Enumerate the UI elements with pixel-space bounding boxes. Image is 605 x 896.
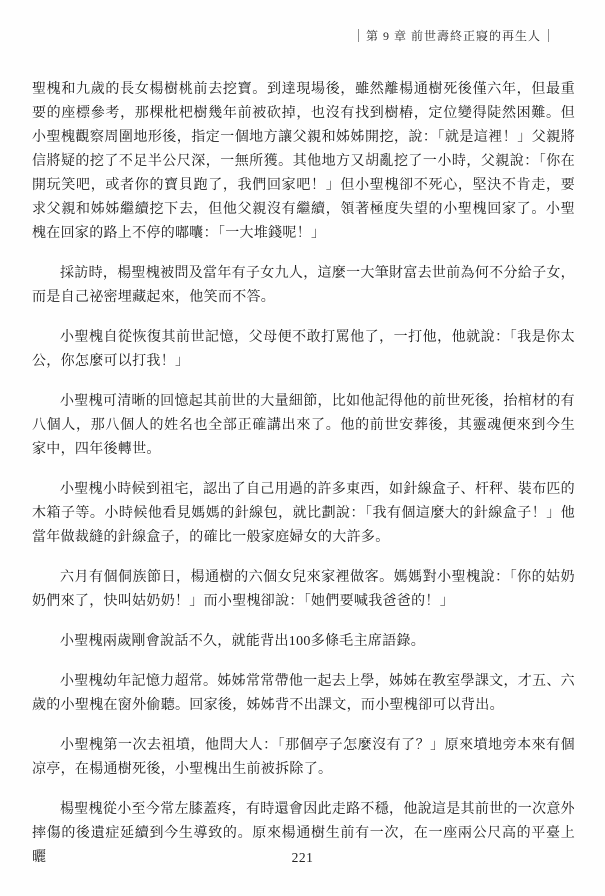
book-page: 第 9 章 前世壽終正寢的再生人 聖槐和九歲的長女楊樹桃前去挖寶。到達現場後，雖…	[0, 0, 605, 896]
paragraph: 小聖槐第一次去祖墳，他問大人：「那個亭子怎麼沒有了？」原來墳地旁本來有個凉亭，在…	[32, 734, 575, 782]
paragraph: 聖槐和九歲的長女楊樹桃前去挖寶。到達現場後，雖然離楊通樹死後僅六年，但最重要的座…	[32, 78, 575, 246]
chapter-title: 第 9 章 前世壽終正寢的再生人	[366, 27, 541, 44]
paragraph: 小聖槐兩歲剛會說話不久，就能背出100多條毛主席語錄。	[32, 630, 575, 654]
header-left-divider	[358, 29, 359, 42]
paragraph: 採訪時，楊聖槐被問及當年有子女九人，這麼一大筆財富去世前為何不分給子女，而是自己…	[32, 262, 575, 310]
paragraph: 小聖槐自從恢復其前世記憶，父母便不敢打罵他了，一打他，他就說：「我是你太公，你怎…	[32, 326, 575, 374]
running-header: 第 9 章 前世壽終正寢的再生人	[358, 27, 549, 44]
paragraph: 小聖槐幼年記憶力超常。姊姊常常帶他一起去上學，姊姊在教室學課文，才五、六歲的小聖…	[32, 670, 575, 718]
paragraph: 小聖槐可清晰的回憶起其前世的大量細節，比如他記得他的前世死後，抬棺材的有八個人，…	[32, 390, 575, 462]
paragraph: 六月有個侗族節日，楊通樹的六個女兒來家裡做客。媽媽對小聖槐說：「你的姑奶奶們來了…	[32, 566, 575, 614]
paragraph: 小聖槐小時候到祖宅，認出了自己用過的許多東西，如針線盒子、杆秤、裝布匹的木箱子等…	[32, 478, 575, 550]
page-body: 聖槐和九歲的長女楊樹桃前去挖寶。到達現場後，雖然離楊通樹死後僅六年，但最重要的座…	[32, 78, 575, 886]
page-number: 221	[0, 850, 605, 866]
header-right-divider	[548, 29, 549, 42]
